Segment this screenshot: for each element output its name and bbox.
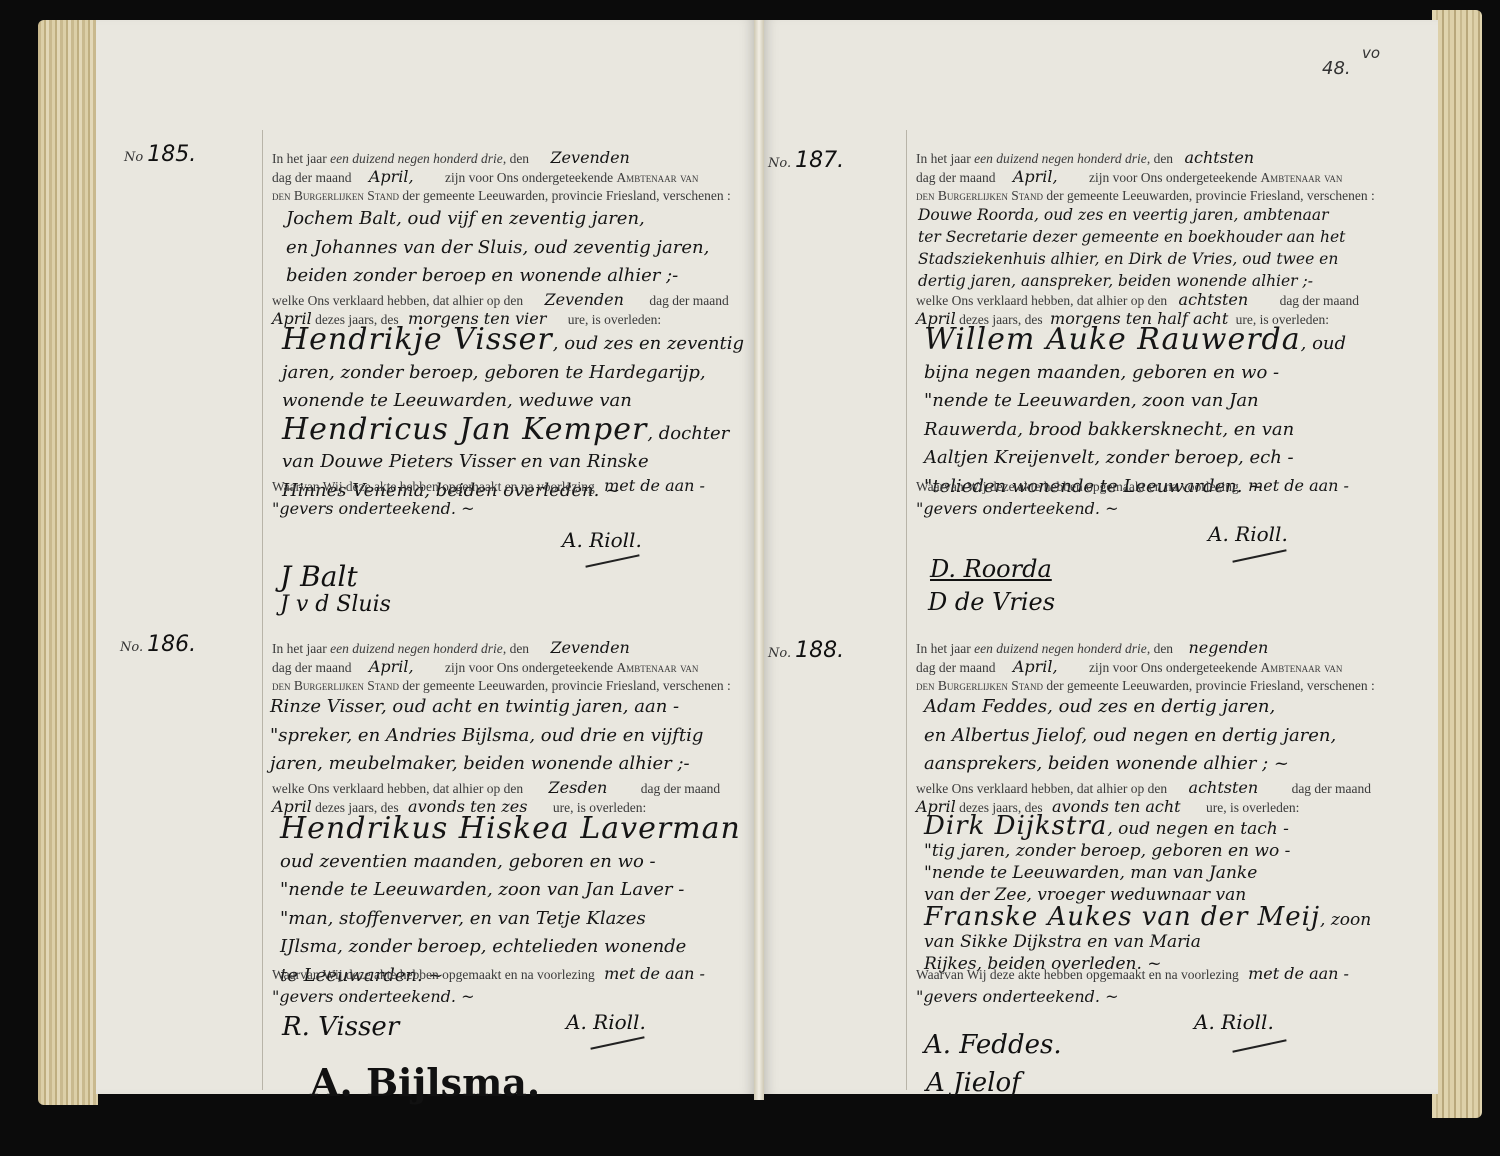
closing-line-2: "gevers onderteekend. ~: [916, 983, 1118, 1012]
appearers-text: Adam Feddes, oud zes en dertig jaren, en…: [924, 693, 1336, 779]
signature-appearer-1: D. Roorda: [930, 555, 1052, 583]
month-written: April,: [369, 167, 414, 186]
form-line-1: In het jaar een duizend negen honderd dr…: [916, 148, 1254, 169]
declared-line: welke Ons verklaard hebben, dat alhier o…: [272, 290, 729, 311]
closing-line-2: "gevers onderteekend. ~: [272, 983, 474, 1012]
closing-line: Waarvan Wij deze akte hebben opgemaakt e…: [916, 964, 1349, 985]
deceased-text: Willem Auke Rauwerda, oud bijna negen ma…: [924, 326, 1346, 501]
official-signature: A. Rioll.: [1194, 1010, 1274, 1034]
closing-line-2: "gevers onderteekend. ~: [272, 495, 474, 524]
signature-appearer-2: A Jielof: [926, 1068, 1021, 1098]
entry-number: No185.: [124, 142, 196, 167]
form-line-1: In het jaar een duizend negen honderd dr…: [272, 638, 630, 659]
form-line-3: den Burgerlijken Stand der gemeente Leeu…: [916, 186, 1375, 206]
form-line-2: dag der maand April, zijn voor Ons onder…: [272, 167, 698, 188]
declared-line: welke Ons verklaard hebben, dat alhier o…: [916, 290, 1359, 311]
form-line-2: dag der maand April, zijn voor Ons onder…: [272, 657, 698, 678]
appearers-text: Rinze Visser, oud acht en twintig jaren,…: [270, 693, 703, 779]
signature-appearer-1: A. Feddes.: [924, 1030, 1062, 1060]
closing-line: Waarvan Wij deze akte hebben opgemaakt e…: [272, 964, 705, 985]
folio-mark: vo: [1362, 44, 1380, 62]
official-signature: A. Rioll.: [562, 528, 642, 552]
form-line-2: dag der maand April, zijn voor Ons onder…: [916, 657, 1342, 678]
entry-number: No.186.: [120, 632, 196, 657]
signature-appearer-2: D de Vries: [928, 588, 1055, 616]
folio-number: 48.: [1322, 58, 1351, 79]
official-signature: A. Rioll.: [1208, 522, 1288, 546]
form-line-3: den Burgerlijken Stand der gemeente Leeu…: [272, 186, 731, 206]
margin-rule-left: [262, 130, 263, 1090]
day-written: Zevenden: [550, 148, 629, 167]
closing-line-2: "gevers onderteekend. ~: [916, 495, 1118, 524]
signature-appearer-2: A. Bijlsma.: [310, 1060, 540, 1105]
right-page-edges: [1432, 10, 1482, 1118]
book-gutter: [754, 20, 764, 1100]
margin-rule-right: [906, 130, 907, 1090]
declared-line: welke Ons verklaard hebben, dat alhier o…: [916, 778, 1371, 799]
left-page-edges: [38, 20, 98, 1105]
closing-line: Waarvan Wij deze akte hebben opgemaakt e…: [916, 476, 1349, 497]
form-line-2: dag der maand April, zijn voor Ons onder…: [916, 167, 1342, 188]
form-line-1: In het jaar een duizend negen honderd dr…: [272, 148, 630, 169]
official-signature: A. Rioll.: [566, 1010, 646, 1034]
form-line-1: In het jaar een duizend negen honderd dr…: [916, 638, 1268, 659]
deceased-text: Dirk Dijkstra, oud negen en tach - "tig …: [924, 815, 1371, 975]
declared-line: welke Ons verklaard hebben, dat alhier o…: [272, 778, 720, 799]
appearers-text: Jochem Balt, oud vijf en zeventig jaren,…: [286, 205, 709, 291]
signature-appearer-2: J v d Sluis: [280, 592, 391, 617]
signature-appearer-1: R. Visser: [282, 1012, 399, 1042]
signature-appearer-1: J Balt: [280, 560, 358, 593]
entry-number: No.187.: [768, 148, 844, 173]
closing-line: Waarvan Wij deze akte hebben opgemaakt e…: [272, 476, 705, 497]
appearers-text: Douwe Roorda, oud zes en veertig jaren, …: [918, 204, 1345, 292]
entry-number: No.188.: [768, 638, 844, 663]
